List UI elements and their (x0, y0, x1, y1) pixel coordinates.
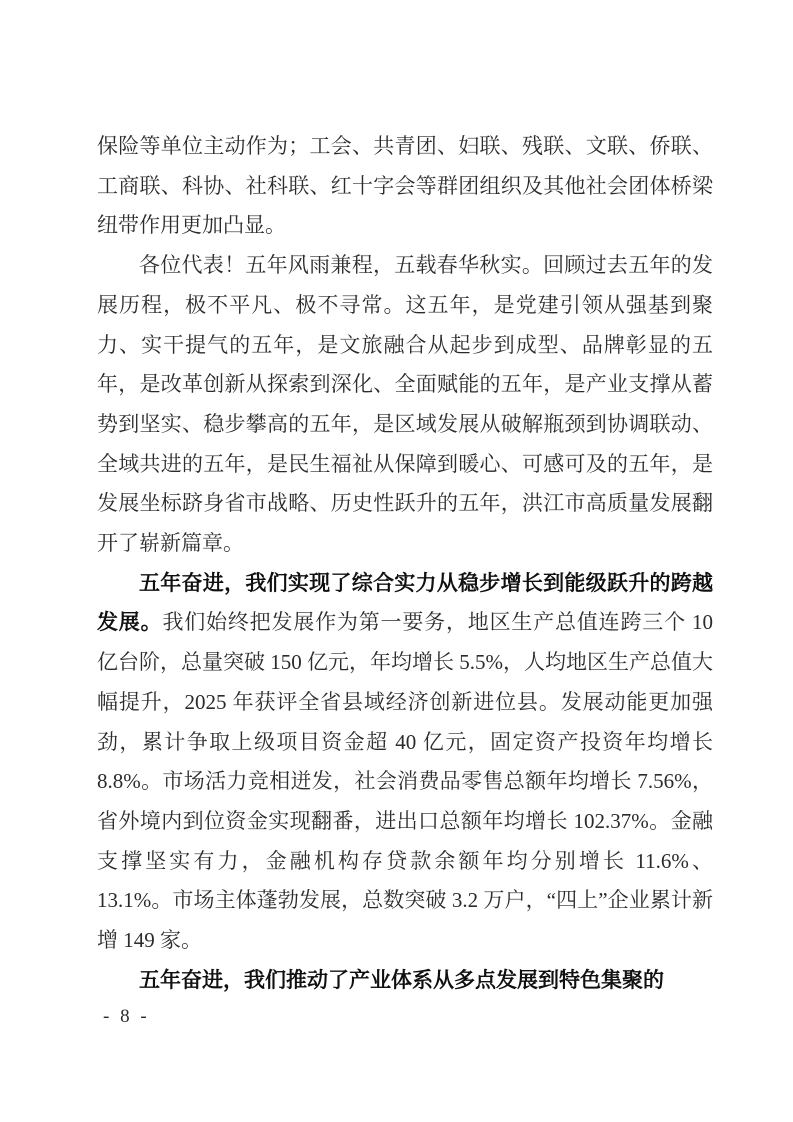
document-page: 保险等单位主动作为；工会、共青团、妇联、残联、文联、侨联、工商联、科协、社科联、… (0, 0, 793, 1122)
page-number: - 8 - (103, 1006, 150, 1028)
paragraph-lead-emphasis: 五年奋进，我们推动了产业体系从多点发展到特色集聚的 (139, 968, 664, 992)
document-body: 保险等单位主动作为；工会、共青团、妇联、残联、文联、侨联、工商联、科协、社科联、… (97, 127, 713, 1000)
paragraph-text: 各位代表！五年风雨兼程，五载春华秋实。回顾过去五年的发展历程，极不平凡、极不寻常… (97, 253, 713, 555)
paragraph-industry-system: 五年奋进，我们推动了产业体系从多点发展到特色集聚的 (97, 961, 713, 1001)
paragraph-text: 我们始终把发展作为第一要务，地区生产总值连跨三个 10 亿台阶，总量突破 150… (97, 610, 713, 952)
paragraph-groups-continuation: 保险等单位主动作为；工会、共青团、妇联、残联、文联、侨联、工商联、科协、社科联、… (97, 127, 713, 246)
paragraph-five-year-review: 各位代表！五年风雨兼程，五载春华秋实。回顾过去五年的发展历程，极不平凡、极不寻常… (97, 246, 713, 564)
paragraph-text: 保险等单位主动作为；工会、共青团、妇联、残联、文联、侨联、工商联、科协、社科联、… (97, 134, 713, 237)
paragraph-comprehensive-strength: 五年奋进，我们实现了综合实力从稳步增长到能级跃升的跨越发展。我们始终把发展作为第… (97, 564, 713, 961)
